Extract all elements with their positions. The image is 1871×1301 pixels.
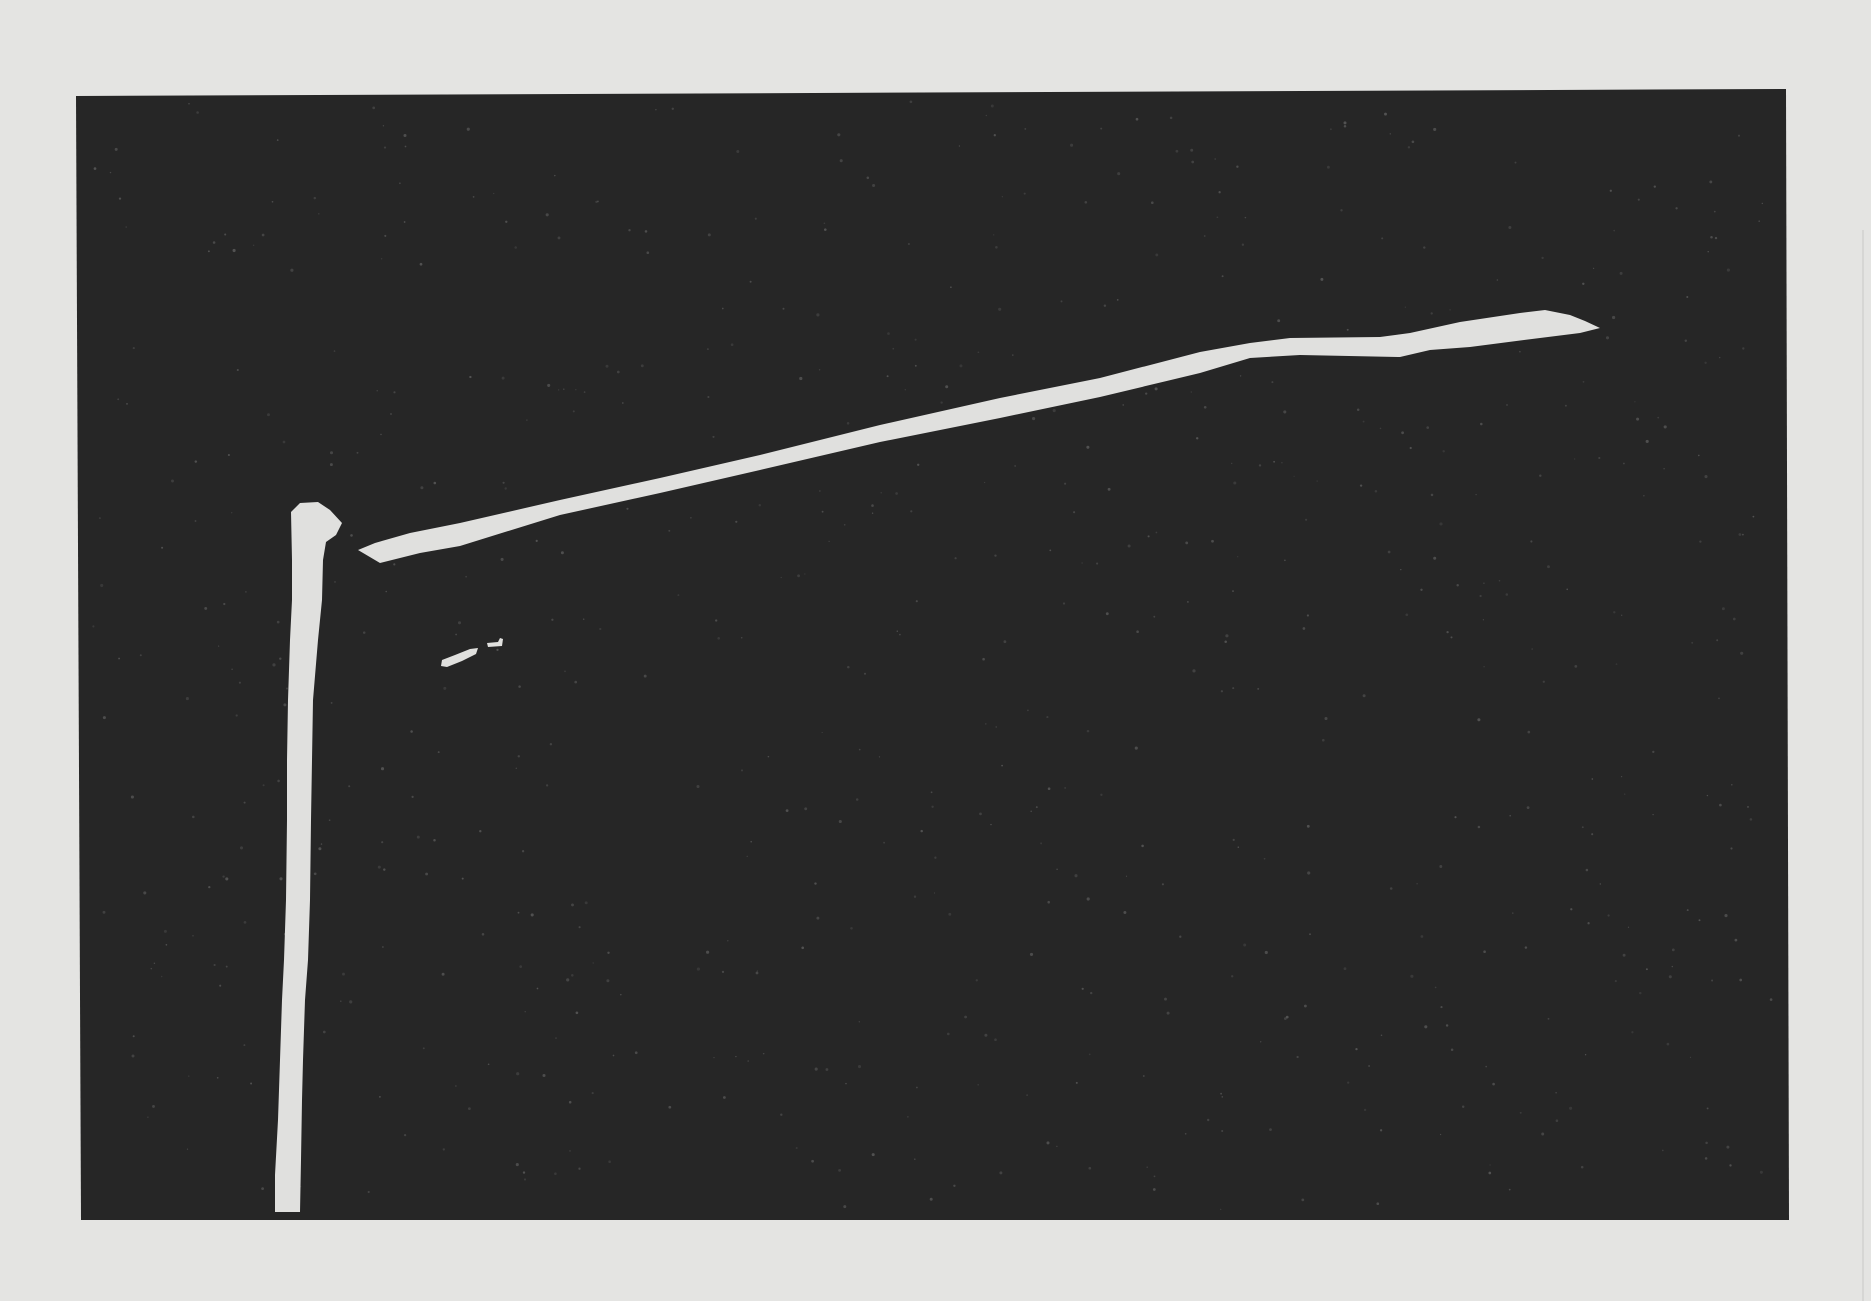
scanned-figure <box>0 0 1871 1301</box>
black-field <box>76 89 1789 1220</box>
